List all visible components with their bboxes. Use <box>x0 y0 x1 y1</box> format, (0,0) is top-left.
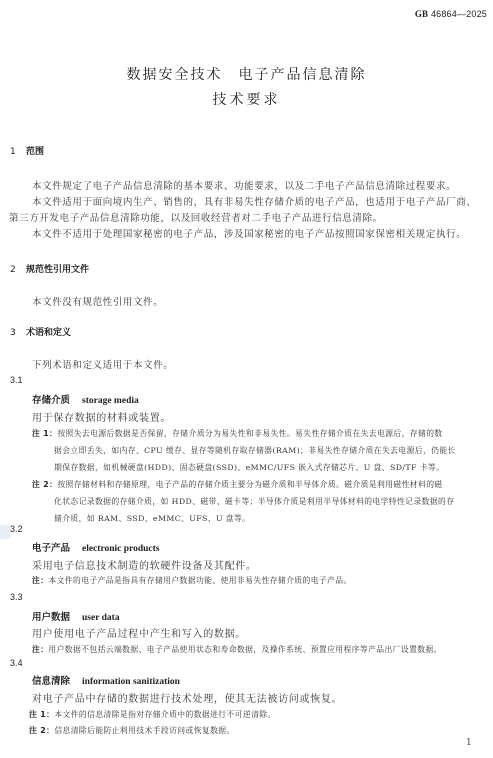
section-heading-terms: 3术语和定义 <box>10 325 71 338</box>
term-information-sanitization: 信息清除information sanitization <box>32 673 180 687</box>
scope-paragraph-2: 本文件适用于面向境内生产、销售的，具有非易失性存储介质的电子产品，也适用于电子产… <box>32 194 476 208</box>
term-note: 注 1：按照失去电源后数据是否保留，存储介质分为易失性和非易失性。易失性存储介质… <box>32 428 443 439</box>
term-definition: 用于保存数据的材料或装置。 <box>32 409 171 424</box>
term-user-data: 用户数据user data <box>32 609 120 623</box>
clause-number: 3.4 <box>10 658 23 668</box>
term-definition: 用户使用电子产品过程中产生和写入的数据。 <box>32 625 246 640</box>
standard-number: 46864—2025 <box>431 9 487 19</box>
standard-prefix: GB <box>415 9 428 19</box>
term-definition: 对电子产品中存储的数据进行技术处理，使其无法被访问或恢复。 <box>32 690 342 705</box>
term-note: 注 1：本文件的信息清除是指对存储介质中的数据进行不可逆清除。 <box>29 709 276 720</box>
standard-code: GB 46864—2025 <box>415 9 487 19</box>
page-number: 1 <box>466 738 472 748</box>
document-title-line2: 技术要求 <box>0 89 493 109</box>
term-note: 注 2：信息清除后能防止利用技术手段访问或恢复数据。 <box>29 725 235 736</box>
scope-paragraph-2-cont: 第三方开发电子产品信息清除功能，以及回收经营者对二手电子产品进行信息清除。 <box>9 210 383 224</box>
normative-references-paragraph: 本文件没有规范性引用文件。 <box>32 294 163 308</box>
scope-paragraph-3: 本文件不适用于处理国家秘密的电子产品，涉及国家秘密的电子产品按照国家保密相关规定… <box>32 226 466 240</box>
term-electronic-products: 电子产品electronic products <box>32 540 160 554</box>
section-heading-scope: 1范围 <box>10 144 44 157</box>
document-title-line1: 数据安全技术 电子产品信息清除 <box>0 64 493 84</box>
term-note-cont: 期保存数据，如机械硬盘(HDD)、固态硬盘(SSD)、eMMC/UFS 嵌入式存… <box>54 462 444 473</box>
term-note: 注 2：按照存储材料和存储原理，电子产品的存储介质主要分为磁介质和半导体介质。磁… <box>32 479 443 490</box>
terms-intro-paragraph: 下列术语和定义适用于本文件。 <box>32 357 173 371</box>
side-tab-mark <box>0 525 10 539</box>
term-note-cont: 化状态记录数据的存储介质，如 HDD、磁带、磁卡等；半导体介质是利用半导体材料的… <box>54 496 454 507</box>
section-heading-normative-references: 2规范性引用文件 <box>10 262 89 275</box>
clause-number: 3.2 <box>10 524 23 534</box>
clause-number: 3.3 <box>10 592 23 602</box>
term-note: 注：本文件的电子产品是指具有存储用户数据功能、使用非易失性存储介质的电子产品。 <box>32 575 352 586</box>
term-note: 注：用户数据不包括云端数据、电子产品使用状态和寿命数据，及操作系统、预置应用程序… <box>32 644 442 655</box>
scope-paragraph-1: 本文件规定了电子产品信息清除的基本要求、功能要求，以及二手电子产品信息清除过程要… <box>32 178 456 192</box>
clause-number: 3.1 <box>10 375 23 385</box>
term-storage-media: 存储介质storage media <box>32 392 139 406</box>
term-definition: 采用电子信息技术制造的软硬件设备及其配件。 <box>32 557 257 572</box>
term-note-cont: 储介质，如 RAM、SSD、eMMC、UFS、U 盘等。 <box>54 513 250 524</box>
term-note-cont: 据会立即丢失，如内存、CPU 缓存、显存等随机存取存储器(RAM)；非易失性存储… <box>54 445 456 456</box>
